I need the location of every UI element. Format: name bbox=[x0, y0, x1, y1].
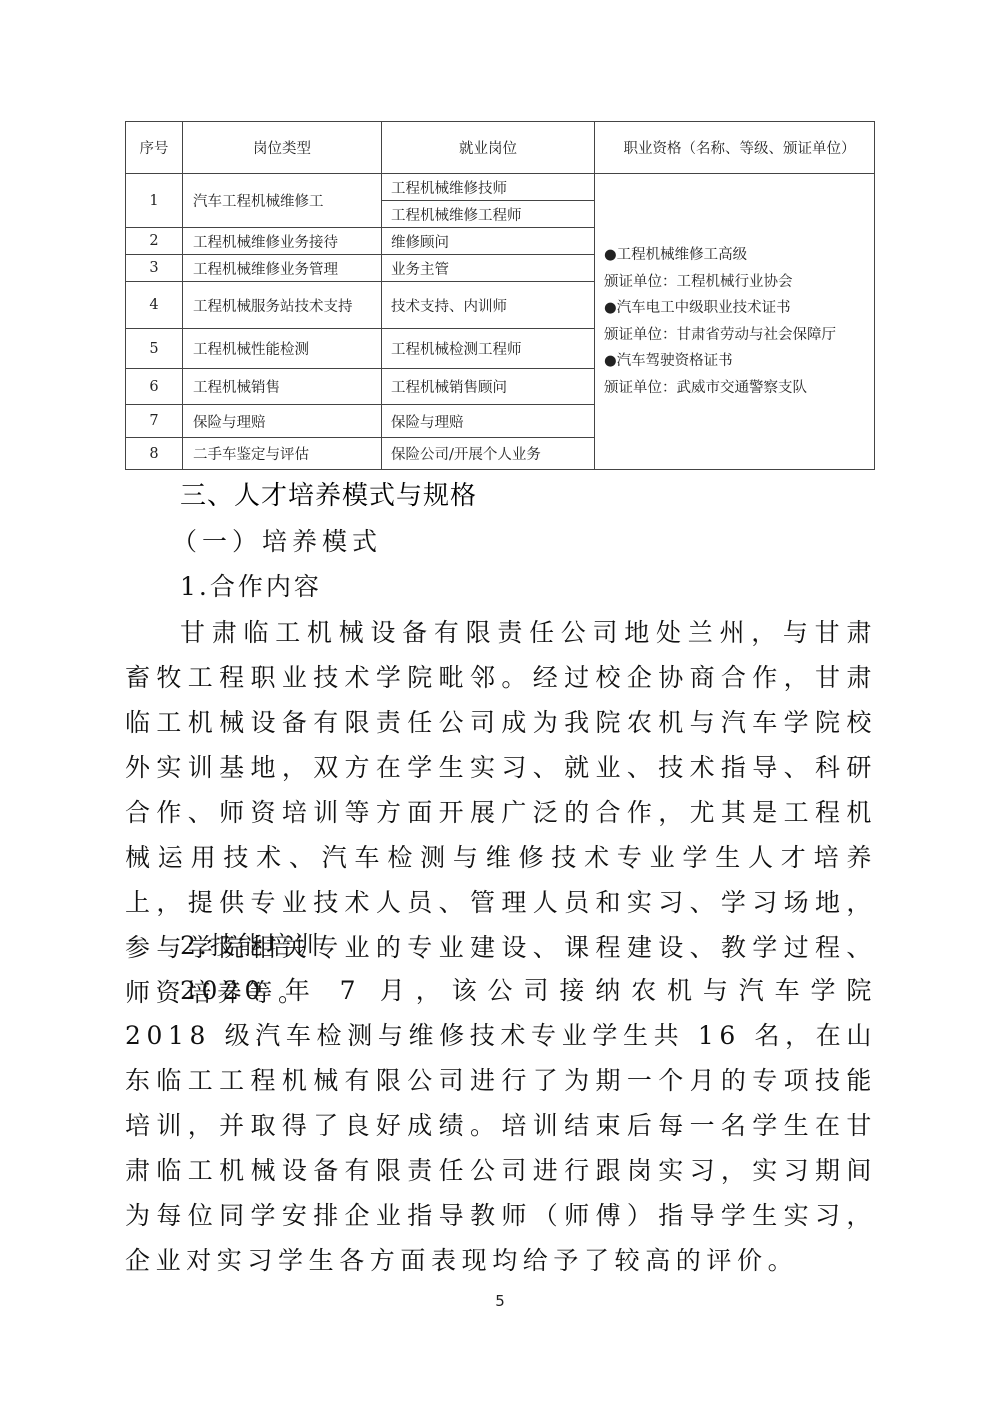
cell-no: 5 bbox=[126, 329, 183, 369]
header-employment-position: 就业岗位 bbox=[382, 122, 595, 174]
header-position-type: 岗位类型 bbox=[183, 122, 382, 174]
cell-no: 7 bbox=[126, 405, 183, 438]
cert-issuer: 颁证单位：甘肃省劳动与社会保障厅 bbox=[604, 322, 874, 349]
cell-position-type: 汽车工程机械维修工 bbox=[183, 174, 382, 228]
cell-job: 保险与理赔 bbox=[382, 405, 595, 438]
cell-no: 1 bbox=[126, 174, 183, 228]
cell-position-type: 工程机械维修业务接待 bbox=[183, 228, 382, 255]
employment-qualification-table: 序号 岗位类型 就业岗位 职业资格（名称、等级、颁证单位） 1 汽车工程机械维修… bbox=[125, 121, 875, 470]
cell-no: 2 bbox=[126, 228, 183, 255]
subsection-heading: （一）培养模式 bbox=[172, 519, 382, 564]
header-no: 序号 bbox=[126, 122, 183, 174]
cell-position-type: 工程机械性能检测 bbox=[183, 329, 382, 369]
cell-job: 工程机械销售顾问 bbox=[382, 369, 595, 405]
cell-job: 保险公司/开展个人业务 bbox=[382, 438, 595, 470]
paragraph: 2020 年 7 月，该公司接纳农机与汽车学院 2018 级汽车检测与维修技术专… bbox=[125, 968, 877, 1283]
cell-job: 维修顾问 bbox=[382, 228, 595, 255]
cell-position-type: 工程机械服务站技术支持 bbox=[183, 282, 382, 329]
table-row: 1 汽车工程机械维修工 工程机械维修技师 ●工程机械维修工高级 颁证单位：工程机… bbox=[126, 174, 875, 201]
cell-job: 技术支持、内训师 bbox=[382, 282, 595, 329]
cell-job: 业务主管 bbox=[382, 255, 595, 282]
cert-name: ●工程机械维修工高级 bbox=[604, 242, 874, 269]
cell-no: 3 bbox=[126, 255, 183, 282]
table-header-row: 序号 岗位类型 就业岗位 职业资格（名称、等级、颁证单位） bbox=[126, 122, 875, 174]
cell-no: 6 bbox=[126, 369, 183, 405]
cell-job: 工程机械维修技师 bbox=[382, 174, 595, 201]
cell-position-type: 二手车鉴定与评估 bbox=[183, 438, 382, 470]
cert-name: ●汽车驾驶资格证书 bbox=[604, 348, 874, 375]
page-number: 5 bbox=[0, 1292, 1000, 1310]
cell-job: 工程机械维修工程师 bbox=[382, 201, 595, 228]
cell-no: 4 bbox=[126, 282, 183, 329]
item-title-cooperation: 1.合作内容 bbox=[180, 564, 322, 609]
cert-name: ●汽车电工中级职业技术证书 bbox=[604, 295, 874, 322]
cell-position-type: 工程机械销售 bbox=[183, 369, 382, 405]
header-qualification: 职业资格（名称、等级、颁证单位） bbox=[595, 122, 875, 174]
cell-no: 8 bbox=[126, 438, 183, 470]
cell-certifications: ●工程机械维修工高级 颁证单位：工程机械行业协会 ●汽车电工中级职业技术证书 颁… bbox=[595, 174, 875, 470]
cell-job: 工程机械检测工程师 bbox=[382, 329, 595, 369]
cert-issuer: 颁证单位：武威市交通警察支队 bbox=[604, 375, 874, 402]
section-heading: 三、人才培养模式与规格 bbox=[180, 474, 477, 519]
cell-position-type: 保险与理赔 bbox=[183, 405, 382, 438]
cell-position-type: 工程机械维修业务管理 bbox=[183, 255, 382, 282]
cert-issuer: 颁证单位：工程机械行业协会 bbox=[604, 269, 874, 296]
training-paragraph-block: 2020 年 7 月，该公司接纳农机与汽车学院 2018 级汽车检测与维修技术专… bbox=[125, 968, 877, 1283]
item-title-skill-training: 2.技能培训 bbox=[180, 923, 322, 968]
